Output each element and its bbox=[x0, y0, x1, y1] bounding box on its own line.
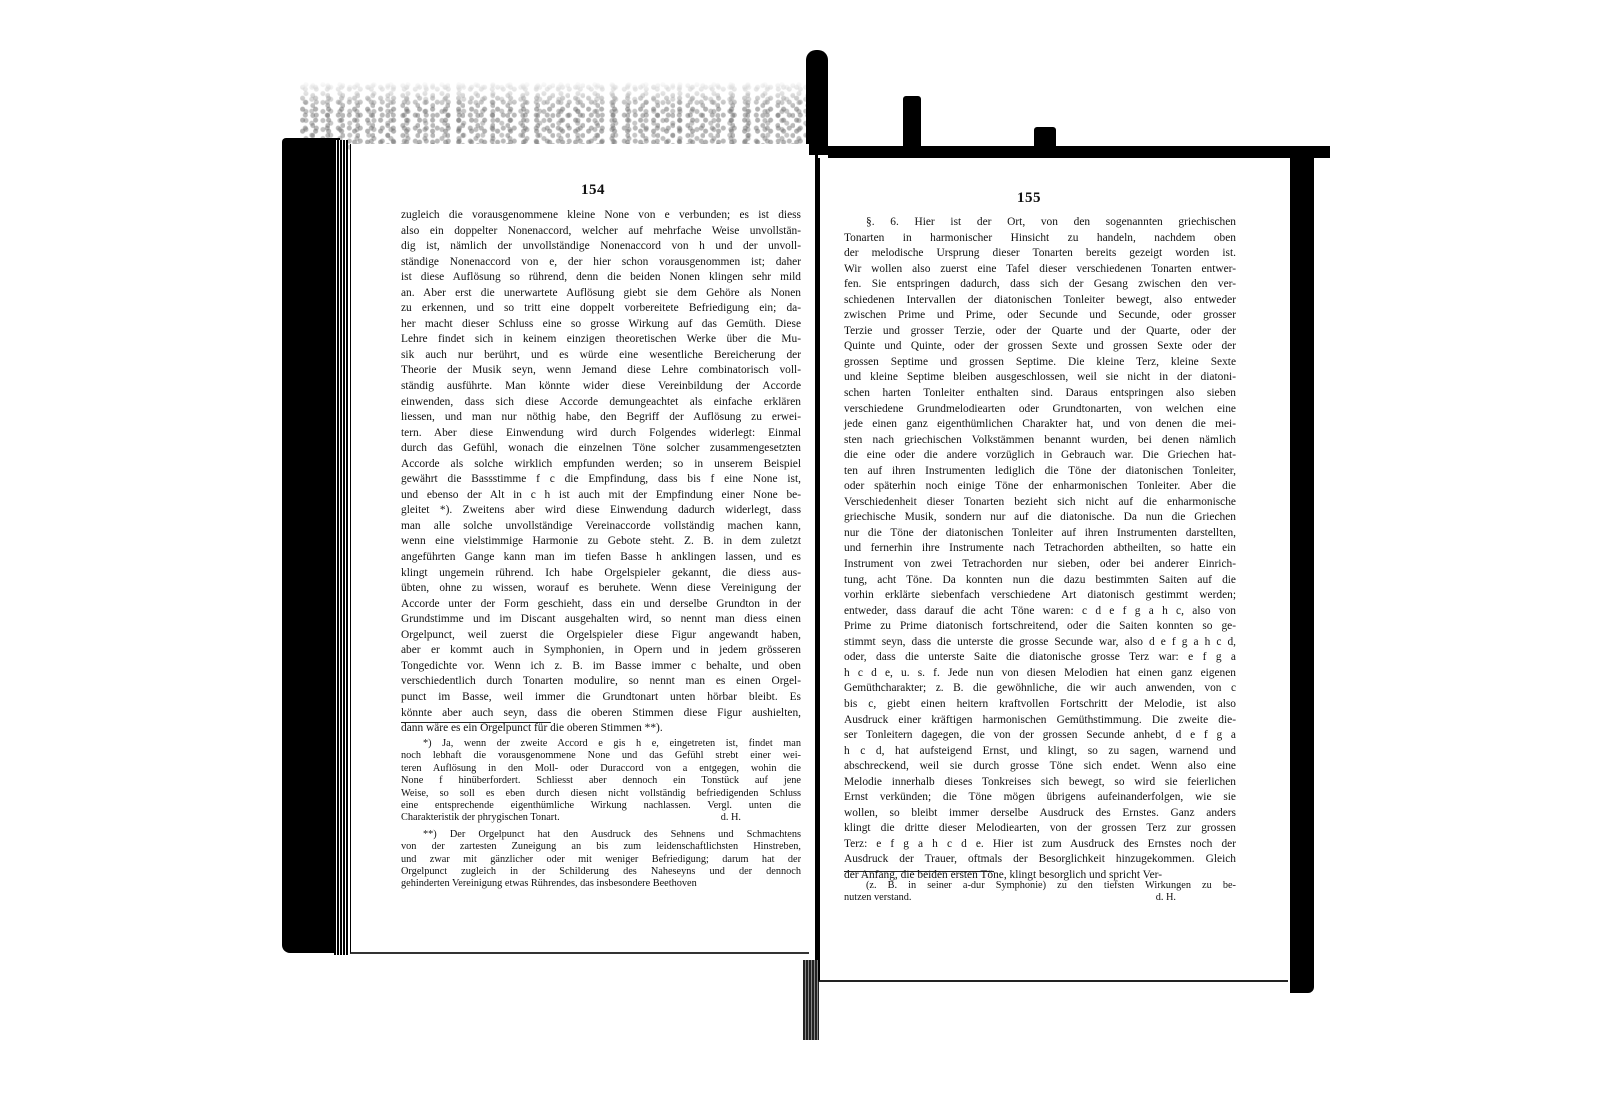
text-line: ser Tonleitern dagegen, die von der gros… bbox=[844, 728, 1236, 744]
text-line: oder, dass die unterste Saite die diaton… bbox=[844, 650, 1236, 666]
text-line: klingt die dritte dieser Melodiearten, v… bbox=[844, 821, 1236, 837]
text-line: übten, ohne zu wissen, worauf es beruhet… bbox=[401, 581, 801, 597]
footnote-line: und zwar mit gänzlicher oder mit weniger… bbox=[401, 854, 801, 866]
page-stack-left bbox=[334, 140, 348, 955]
text-line: Accorde unter der Form geschieht, dass e… bbox=[401, 597, 801, 613]
spine-clip-top bbox=[806, 50, 828, 155]
text-line: durch das Gefühl, wonach die einzelnen T… bbox=[401, 441, 801, 457]
text-line: gleitet *). Zweitens aber wird diese Ein… bbox=[401, 503, 801, 519]
text-line: Terzie und grosser Terzie, oder der Quar… bbox=[844, 324, 1236, 340]
footnote-line: (z. B. in seiner a-dur Symphonie) zu den… bbox=[844, 880, 1236, 892]
text-line: abschreckend, weil sie durch grosse Töne… bbox=[844, 759, 1236, 775]
text-line: Grundstimme und im Discant ausgehalten w… bbox=[401, 612, 801, 628]
footnote-line: Weise, so soll es eben durch diesen nich… bbox=[401, 788, 801, 800]
text-line: stimmt seyn, dass die unterste die gross… bbox=[844, 635, 1236, 651]
text-line: vorhin erklärte siebenfach verschiedene … bbox=[844, 588, 1236, 604]
footnote-line: *) Ja, wenn der zweite Accord e gis h e,… bbox=[401, 738, 801, 750]
text-line: sik auch nur berührt, und es würde eine … bbox=[401, 348, 801, 364]
text-line: an. Aber erst die unerwartete Auflösung … bbox=[401, 286, 801, 302]
text-line: Orgelpunct, weil zuerst die Orgelspieler… bbox=[401, 628, 801, 644]
text-line: Tonarten in harmonischer Hinsicht zu han… bbox=[844, 231, 1236, 247]
text-line: tern. Aber diese Einwendung wird durch F… bbox=[401, 426, 801, 442]
footnote-rule bbox=[844, 871, 994, 872]
text-line: ständig ausführte. Man könnte wider dies… bbox=[401, 379, 801, 395]
text-line: Prime zu Prime diatonisch fortschreitend… bbox=[844, 619, 1236, 635]
footnote-rule bbox=[401, 722, 551, 723]
footnote-signature: d. H. bbox=[1156, 892, 1236, 904]
footnote-signature: d. H. bbox=[721, 812, 801, 824]
footnote-line: None f hinüberfordert. Schliesst aber de… bbox=[401, 775, 801, 787]
footnote-line: nutzen verstand.d. H. bbox=[844, 892, 1236, 904]
text-line: grossen Septime und grossen Septime. Die… bbox=[844, 355, 1236, 371]
footnote: **) Der Orgelpunct hat den Ausdruck des … bbox=[401, 829, 801, 891]
text-line: wenn eine vielstimmige Harmonie zu Gebot… bbox=[401, 534, 801, 550]
page-number: 155 bbox=[1017, 190, 1041, 207]
text-line: die eine oder die andere vorzüglich in G… bbox=[844, 448, 1236, 464]
footnote-line: von der zartesten Zuneigung an bis zum l… bbox=[401, 841, 801, 853]
text-line: Terz: e f g a h c d e. Hier ist zum Ausd… bbox=[844, 837, 1236, 853]
text-line: h c d, hat aufsteigend Ernst, und klingt… bbox=[844, 744, 1236, 760]
text-line: und ebenso der Alt in c h ist auch mit d… bbox=[401, 488, 801, 504]
text-line: Instrument von zwei Tetrachorden nur sie… bbox=[844, 557, 1236, 573]
text-line: Theorie der Musik seyn, wenn Jemand dies… bbox=[401, 363, 801, 379]
text-line: h c d e, u. s. f. Jede nun von diesen Me… bbox=[844, 666, 1236, 682]
text-line: nur die Töne der diatonischen Tonleiter … bbox=[844, 526, 1236, 542]
text-line: ständige Nonenaccord von e, der hier sch… bbox=[401, 255, 801, 271]
text-line: Melodie innerhalb dieses Tonkreises sich… bbox=[844, 775, 1236, 791]
footnote-line: Charakteristik der phrygischen Tonart.d.… bbox=[401, 812, 801, 824]
footnote-line: gehinderten Vereinigung etwas Rührendes,… bbox=[401, 878, 801, 890]
footnote-line: Orgelpunct zugleich in der Schilderung d… bbox=[401, 866, 801, 878]
text-line: also ein doppelter Nonenaccord, welcher … bbox=[401, 224, 801, 240]
text-line: Tongedichte vor. Wenn ich z. B. im Basse… bbox=[401, 659, 801, 675]
text-line: zugleich die vorausgenommene kleine None… bbox=[401, 208, 801, 224]
text-line: griechische Musik, sondern nur auf die d… bbox=[844, 510, 1236, 526]
text-line: gewährt die Bassstimme f c die Empfindun… bbox=[401, 472, 801, 488]
text-line: zu erkennen, und so tritt eine doppelt v… bbox=[401, 301, 801, 317]
text-line: Lehre findet sich in keinem einzigen the… bbox=[401, 332, 801, 348]
text-line: wollen, so bleibt immer derselbe Ausdruc… bbox=[844, 806, 1236, 822]
text-line: oder späterhin noch einige Töne der enha… bbox=[844, 479, 1236, 495]
text-line: schiedenen Intervallen der diatonischen … bbox=[844, 293, 1236, 309]
footnote: *) Ja, wenn der zweite Accord e gis h e,… bbox=[401, 738, 801, 825]
text-line: schen harten Tonleiter enthalten sind. D… bbox=[844, 386, 1236, 402]
text-line: jede einen ganz eigenthümlichen Charakte… bbox=[844, 417, 1236, 433]
text-line: zwischen Prime und Prime, oder Secunde u… bbox=[844, 308, 1236, 324]
text-line: angeführten Gange kann man im tiefen Bas… bbox=[401, 550, 801, 566]
footnote-line: teren Auflösung in den Moll- oder Duracc… bbox=[401, 763, 801, 775]
text-line: einwenden, dass sich diese Accorde demun… bbox=[401, 395, 801, 411]
text-line: Ernst verkünden; die Töne mögen übrigens… bbox=[844, 790, 1236, 806]
text-line: ten auf ihren Instrumenten lediglich die… bbox=[844, 464, 1236, 480]
text-line: Gemüthcharakter; z. B. die gewöhnliche, … bbox=[844, 681, 1236, 697]
footnotes: *) Ja, wenn der zweite Accord e gis h e,… bbox=[401, 738, 801, 895]
book-edge-top-right bbox=[828, 146, 1330, 158]
text-line: Ausdruck der Trauer, oftmals der Besorgl… bbox=[844, 852, 1236, 868]
text-line: Verschiedenheit dieser Tonarten bezieht … bbox=[844, 495, 1236, 511]
book-edge-right bbox=[1290, 148, 1314, 993]
scan-noise bbox=[300, 80, 810, 150]
page-body-text: zugleich die vorausgenommene kleine None… bbox=[401, 208, 801, 737]
text-line: klingt ungemein rührend. Ich habe Orgels… bbox=[401, 566, 801, 582]
footnote-line: noch lebhaft die vorausgenommene None un… bbox=[401, 750, 801, 762]
text-line: punct im Basse, weil immer die Grundtona… bbox=[401, 690, 801, 706]
left-page: 154 zugleich die vorausgenommene kleine … bbox=[350, 144, 809, 954]
text-line: entweder, dass darauf die acht Töne ware… bbox=[844, 604, 1236, 620]
text-line: der melodische Ursprung dieser Tonarten … bbox=[844, 246, 1236, 262]
text-line: §. 6. Hier ist der Ort, von den sogenann… bbox=[844, 215, 1236, 231]
text-line: fen. Sie entspringen dadurch, dass sich … bbox=[844, 277, 1236, 293]
text-line: Accorde als solche wirklich empfunden we… bbox=[401, 457, 801, 473]
text-line: könnte aber auch seyn, dass die oberen S… bbox=[401, 706, 801, 722]
footnote: (z. B. in seiner a-dur Symphonie) zu den… bbox=[844, 880, 1236, 905]
text-line: verschiedentlich durch Tonarten modulire… bbox=[401, 674, 801, 690]
text-line: verschiedene Grundmelodiearten oder Grun… bbox=[844, 402, 1236, 418]
spine-clip-bottom bbox=[803, 960, 819, 1040]
text-line: dann wäre es ein Orgelpunct für die ober… bbox=[401, 721, 801, 737]
text-line: her macht dieser Schluss eine so grosse … bbox=[401, 317, 801, 333]
page-number: 154 bbox=[581, 182, 605, 199]
right-page: 155 §. 6. Hier ist der Ort, von den soge… bbox=[818, 158, 1288, 982]
text-line: Ausdruck einer kräftigen harmonischen Ge… bbox=[844, 713, 1236, 729]
book-edge-left bbox=[282, 138, 340, 953]
footnotes: (z. B. in seiner a-dur Symphonie) zu den… bbox=[844, 880, 1236, 909]
text-line: tung, acht Töne. Da konnten nun die dazu… bbox=[844, 573, 1236, 589]
page-body-text: §. 6. Hier ist der Ort, von den sogenann… bbox=[844, 215, 1236, 884]
bookmark-tab bbox=[903, 96, 921, 148]
text-line: und kleine Septime bleiben ausgeschlosse… bbox=[844, 370, 1236, 386]
text-line: und fernerhin ihre Instrumente nach Tetr… bbox=[844, 541, 1236, 557]
text-line: Quinte und Quinte, oder der grossen Sext… bbox=[844, 339, 1236, 355]
text-line: ist diese Auflösung so rührend, denn die… bbox=[401, 270, 801, 286]
footnote-line: **) Der Orgelpunct hat den Ausdruck des … bbox=[401, 829, 801, 841]
footnote-line: eine entsprechende eigenthümliche Wirkun… bbox=[401, 800, 801, 812]
text-line: aber er kommt auch in Symphonien, in Ope… bbox=[401, 643, 801, 659]
text-line: man alle solche unvollständige Vereinacc… bbox=[401, 519, 801, 535]
text-line: dig ist, nämlich der unvollständige None… bbox=[401, 239, 801, 255]
text-line: bis c, giebt einen heitern kraftvollen F… bbox=[844, 697, 1236, 713]
text-line: liessen, und man nur nöthig habe, den Be… bbox=[401, 410, 801, 426]
text-line: sten nach griechischen Volkstämmen benan… bbox=[844, 433, 1236, 449]
text-line: Wir wollen also zuerst eine Tafel dieser… bbox=[844, 262, 1236, 278]
